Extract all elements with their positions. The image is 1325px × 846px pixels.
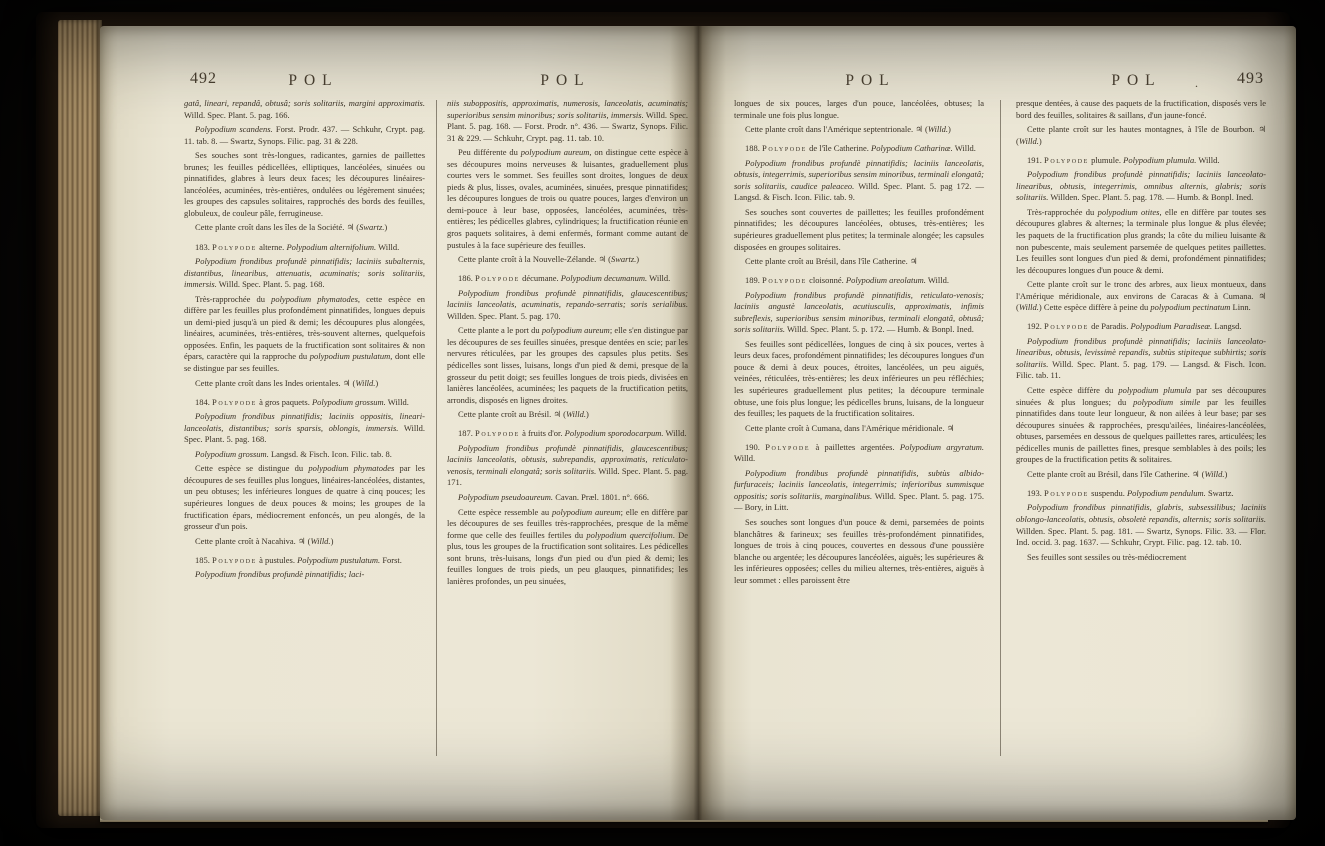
text-run: Ses feuilles sont pédicellées, longues d… bbox=[734, 339, 984, 418]
paragraph: Cette plante croît à Cumana, dans l'Amér… bbox=[734, 423, 984, 435]
text-run: Cette plante croît à Nacahiva. ♃ ( bbox=[195, 536, 310, 546]
text-run: Polypode bbox=[212, 397, 257, 407]
text-column: niis suboppositis, approximatis, numeros… bbox=[435, 98, 688, 756]
text-run: ) bbox=[1225, 469, 1228, 479]
text-run: Willd. bbox=[734, 453, 755, 463]
text-column: longues de six pouces, larges d'un pouce… bbox=[734, 98, 999, 756]
paragraph: Polypodium frondibus profundè pinnatifid… bbox=[734, 290, 984, 336]
text-run: Willd. bbox=[566, 409, 586, 419]
text-run: cloisonné. bbox=[807, 275, 846, 285]
paragraph: Cette plante croît à Nacahiva. ♃ (Willd.… bbox=[184, 536, 425, 548]
text-run: Très-rapprochée du bbox=[195, 294, 271, 304]
text-run: Polypodium grossum. bbox=[312, 397, 386, 407]
text-run: Langsd. & Fisch. Icon. Filic. tab. 8. bbox=[269, 449, 392, 459]
paragraph: Très-rapprochée du polypodium phymatodes… bbox=[184, 294, 425, 375]
text-columns: longues de six pouces, larges d'un pouce… bbox=[734, 98, 1266, 756]
paragraph: Cette plante croît au Brésil, dans l'île… bbox=[734, 256, 984, 268]
text-run: longues de six pouces, larges d'un pouce… bbox=[734, 98, 984, 120]
paragraph: Polypodium frondibus profundè pinnatifid… bbox=[1016, 336, 1266, 382]
text-run: polypodium aureum bbox=[521, 147, 590, 157]
paragraph: longues de six pouces, larges d'un pouce… bbox=[734, 98, 984, 121]
text-run: Willd. Spec. Plant. 5. p. 172. — Humb. &… bbox=[785, 324, 974, 334]
paragraph: 190. Polypode à paillettes argentées. Po… bbox=[734, 442, 984, 465]
text-run: Langsd. bbox=[1212, 321, 1241, 331]
page-number: 492 bbox=[190, 70, 217, 88]
text-run: 183. bbox=[195, 242, 212, 252]
text-run: Willd. bbox=[355, 378, 375, 388]
paragraph: 187. Polypode à fruits d'or. Polypodium … bbox=[447, 428, 688, 440]
text-run: Polypodium grossum. bbox=[195, 449, 269, 459]
text-run: polypodium phymatodes bbox=[308, 463, 394, 473]
text-run: , on distingue cette espèce à ses découp… bbox=[447, 147, 688, 249]
paragraph: Ses souches sont très-longues, radicante… bbox=[184, 150, 425, 219]
text-run: Polypode bbox=[1044, 155, 1089, 165]
paragraph: Cette plante croît sur les hautes montag… bbox=[1016, 124, 1266, 147]
text-run: Willd. Spec. Plant. 5. pag. 168. bbox=[217, 279, 325, 289]
text-run: Willd. bbox=[926, 275, 949, 285]
text-run: Willd. Spec. Plant. 5. pag. 166. bbox=[184, 110, 290, 120]
text-run: Cette plante a le port du bbox=[458, 325, 542, 335]
text-run: polypodium quercifolium bbox=[586, 530, 672, 540]
paragraph: Cette espèce se distingue du polypodium … bbox=[184, 463, 425, 532]
text-run: ; elle s'en distingue par les découpures… bbox=[447, 325, 688, 404]
text-run: Polypode bbox=[475, 428, 520, 438]
text-run: Willd. bbox=[664, 428, 687, 438]
paragraph: Ses feuilles sont pédicellées, longues d… bbox=[734, 339, 984, 420]
text-run: Polypodium scandens. bbox=[195, 124, 273, 134]
text-run: décumane. bbox=[520, 273, 561, 283]
page-left: 492 POL POL gatâ, lineari, repandâ, obtu… bbox=[100, 26, 698, 820]
text-run: Willd. bbox=[376, 242, 399, 252]
paragraph: Polypodium frondibus pinnatifidis; lacin… bbox=[184, 411, 425, 446]
text-run: 192. bbox=[1027, 321, 1044, 331]
text-run: polypodium aureum bbox=[542, 325, 610, 335]
running-header: POL bbox=[436, 72, 688, 98]
text-run: ) bbox=[948, 124, 951, 134]
text-run: 189. bbox=[745, 275, 762, 285]
text-run: Polypode bbox=[765, 442, 810, 452]
text-column: presque dentées, à cause des paquets de … bbox=[999, 98, 1266, 756]
text-run: Ses souches sont couvertes de paillettes… bbox=[734, 207, 984, 252]
text-run: Polypodium Catharinæ. bbox=[871, 143, 953, 153]
text-run: polypodium phymatodes bbox=[271, 294, 358, 304]
text-run: Polypodium frondibus profundè pinnatifid… bbox=[195, 569, 364, 579]
text-run: alterne. bbox=[257, 242, 287, 252]
text-run: à fruits d'or. bbox=[520, 428, 565, 438]
text-run: par les découpures de ses feuilles plus … bbox=[184, 463, 425, 531]
text-run: Cette plante croît au Brésil, dans l'île… bbox=[745, 256, 918, 266]
text-column: gatâ, lineari, repandâ, obtusâ; soris so… bbox=[184, 98, 435, 756]
text-run: Polypodium alternifolium. bbox=[286, 242, 376, 252]
text-run: Polypode bbox=[475, 273, 520, 283]
paragraph: 186. Polypode décumane. Polypodium decum… bbox=[447, 273, 688, 285]
paragraph: Cette plante croît dans les Indes orient… bbox=[184, 378, 425, 390]
text-run: Swartz. bbox=[611, 254, 636, 264]
text-run: Willd. bbox=[647, 273, 670, 283]
paragraph: Ses souches sont longues d'un pouce & de… bbox=[734, 517, 984, 586]
text-run: Cette plante croît au Brésil. ♃ ( bbox=[458, 409, 566, 419]
paragraph: Très-rapprochée du polypodium otites, el… bbox=[1016, 207, 1266, 276]
paragraph: Cette plante croît au Brésil, dans l'île… bbox=[1016, 469, 1266, 481]
text-run: Polypodium argyratum. bbox=[900, 442, 984, 452]
text-run: Cette plante croît au Brésil, dans l'île… bbox=[1027, 469, 1204, 479]
paragraph: gatâ, lineari, repandâ, obtusâ; soris so… bbox=[184, 98, 425, 121]
text-run: Willd. bbox=[1196, 155, 1219, 165]
text-run: Polypodium sporodocarpum. bbox=[565, 428, 664, 438]
paragraph: presque dentées, à cause des paquets de … bbox=[1016, 98, 1266, 121]
open-book: 492 POL POL gatâ, lineari, repandâ, obtu… bbox=[36, 12, 1290, 828]
text-run: Willd. bbox=[1019, 136, 1039, 146]
photo-background: 492 POL POL gatâ, lineari, repandâ, obtu… bbox=[0, 0, 1325, 846]
text-run: 193. bbox=[1027, 488, 1044, 498]
text-run: à pustules. bbox=[257, 555, 297, 565]
paragraph: Polypodium scandens. Forst. Prodr. 437. … bbox=[184, 124, 425, 147]
paragraph: Peu différente du polypodium aureum, on … bbox=[447, 147, 688, 251]
text-run: Cette plante croît dans les îles de la S… bbox=[195, 222, 359, 232]
text-run: Ses souches sont longues d'un pouce & de… bbox=[734, 517, 984, 585]
text-run: polypodium pustulatum bbox=[310, 351, 391, 361]
paragraph: 184. Polypode à gros paquets. Polypodium… bbox=[184, 397, 425, 409]
text-run: Willd. bbox=[953, 143, 976, 153]
paragraph: Polypodium frondibus profundè pinnatifid… bbox=[447, 443, 688, 489]
text-run: Polypodium plumula. bbox=[1123, 155, 1196, 165]
text-run: ) bbox=[586, 409, 589, 419]
text-run: à gros paquets. bbox=[257, 397, 312, 407]
text-run: Cavan. Præl. 1801. n°. 666. bbox=[553, 492, 649, 502]
header-separator-dot: . bbox=[1195, 76, 1198, 91]
text-run: polypodium pectinatum bbox=[1150, 302, 1230, 312]
page-stack-edge-left bbox=[58, 20, 102, 816]
text-run: ) bbox=[1039, 136, 1042, 146]
paragraph: Cette plante croît à la Nouvelle-Zélande… bbox=[447, 254, 688, 266]
text-run: Polypode bbox=[1044, 321, 1089, 331]
text-run: Willd. bbox=[1019, 302, 1039, 312]
paragraph: 185. Polypode à pustules. Polypodium pus… bbox=[184, 555, 425, 567]
text-run: Polypodium frondibus pinnatifidis; lacin… bbox=[184, 411, 425, 433]
text-run: Forst. bbox=[380, 555, 402, 565]
text-run: suspendu. bbox=[1089, 488, 1127, 498]
paragraph: 191. Polypode plumule. Polypodium plumul… bbox=[1016, 155, 1266, 167]
running-header: POL bbox=[734, 72, 1000, 98]
text-run: de l'île Catherine. bbox=[807, 143, 871, 153]
text-run: Polypodium frondibus pinnatifidis, glabr… bbox=[1016, 502, 1266, 524]
text-columns: gatâ, lineari, repandâ, obtusâ; soris so… bbox=[184, 98, 688, 756]
text-run: de Paradis. bbox=[1089, 321, 1131, 331]
text-run: Polypodium pustulatum. bbox=[297, 555, 380, 565]
page-right: POL POL . 493 longues de six pouces, lar… bbox=[698, 26, 1296, 820]
text-run: 188. bbox=[745, 143, 762, 153]
paragraph: Polypodium pseudoaureum. Cavan. Præl. 18… bbox=[447, 492, 688, 504]
text-run: ) bbox=[331, 536, 334, 546]
paragraph: Polypodium frondibus profundè pinnatifid… bbox=[184, 256, 425, 291]
paragraph: Cette plante a le port du polypodium aur… bbox=[447, 325, 688, 406]
text-run: Polypodium decumanum. bbox=[561, 273, 647, 283]
paragraph: Polypodium frondibus profundè pinnatifid… bbox=[447, 288, 688, 323]
text-run: gatâ, lineari, repandâ, obtusâ; soris so… bbox=[184, 98, 425, 108]
text-run: polypodium simile bbox=[1133, 397, 1200, 407]
text-run: Willd. Spec. Plant. 5. pag. 179. — Langs… bbox=[1016, 359, 1266, 381]
text-run: Polypodium Paradiseæ. bbox=[1130, 321, 1212, 331]
text-run: Willd. bbox=[928, 124, 948, 134]
text-run: 187. bbox=[458, 428, 475, 438]
text-run: Ses souches sont très-longues, radicante… bbox=[184, 150, 425, 218]
paragraph: Ses souches sont couvertes de paillettes… bbox=[734, 207, 984, 253]
paragraph: Polypodium frondibus profundè pinnatifid… bbox=[734, 158, 984, 204]
text-run: Cette plante croît à la Nouvelle-Zélande… bbox=[458, 254, 611, 264]
text-run: Swartz. bbox=[359, 222, 384, 232]
column-rule bbox=[436, 100, 437, 756]
paragraph: 188. Polypode de l'île Catherine. Polypo… bbox=[734, 143, 984, 155]
text-run: Peu différente du bbox=[458, 147, 521, 157]
text-run: 184. bbox=[195, 397, 212, 407]
text-run: Polypode bbox=[212, 555, 257, 565]
paragraph: 193. Polypode suspendu. Polypodium pendu… bbox=[1016, 488, 1266, 500]
paragraph: 183. Polypode alterne. Polypodium altern… bbox=[184, 242, 425, 254]
page-spread: 492 POL POL gatâ, lineari, repandâ, obtu… bbox=[100, 26, 1296, 820]
paragraph: Polypodium frondibus pinnatifidis, glabr… bbox=[1016, 502, 1266, 548]
text-run: Swartz. bbox=[1206, 488, 1234, 498]
text-run: Willden. Spec. Plant. 5. pag. 170. bbox=[447, 311, 561, 321]
paragraph: Polypodium frondibus profundè pinnatifid… bbox=[734, 468, 984, 514]
paragraph: Ses feuilles sont sessiles ou très-médio… bbox=[1016, 552, 1266, 564]
text-run: 185. bbox=[195, 555, 212, 565]
paragraph: Polypodium frondibus profundè pinnatifid… bbox=[184, 569, 425, 581]
text-run: Polypodium pseudoaureum. bbox=[458, 492, 553, 502]
text-run: polypodium plumula bbox=[1118, 385, 1191, 395]
text-run: Willd. bbox=[1204, 469, 1224, 479]
text-run: polypodium aureum bbox=[552, 507, 621, 517]
text-run: à paillettes argentées. bbox=[810, 442, 900, 452]
text-run: Polypodium areolatum. bbox=[846, 275, 926, 285]
text-run: plumule. bbox=[1089, 155, 1123, 165]
paragraph: Cette espèce diffère du polypodium plumu… bbox=[1016, 385, 1266, 466]
text-run: Willd. bbox=[386, 397, 409, 407]
paragraph: Cette plante croît au Brésil. ♃ (Willd.) bbox=[447, 409, 688, 421]
text-run: Ses feuilles sont sessiles ou très-médio… bbox=[1027, 552, 1186, 562]
running-header: POL bbox=[1000, 72, 1266, 98]
text-run: Cette plante croît dans les Indes orient… bbox=[195, 378, 355, 388]
text-run: ) Cette espèce diffère à peine du bbox=[1039, 302, 1150, 312]
text-run: Cette espèce ressemble au bbox=[458, 507, 552, 517]
text-run: Polypodium pendulum. bbox=[1127, 488, 1206, 498]
text-run: Très-rapprochée du bbox=[1027, 207, 1098, 217]
paragraph: Polypodium frondibus profundè pinnatifid… bbox=[1016, 169, 1266, 204]
text-run: ) bbox=[375, 378, 378, 388]
paragraph: niis suboppositis, approximatis, numeros… bbox=[447, 98, 688, 144]
text-run: Cette plante croît sur les hautes montag… bbox=[1016, 124, 1266, 146]
text-run: 186. bbox=[458, 273, 475, 283]
text-run: Polypode bbox=[762, 143, 807, 153]
text-run: Cette espèce se distingue du bbox=[195, 463, 308, 473]
text-run: 190. bbox=[745, 442, 765, 452]
text-run: 191. bbox=[1027, 155, 1044, 165]
text-run: polypodium otites bbox=[1098, 207, 1160, 217]
text-run: Cette plante croît à Cumana, dans l'Amér… bbox=[745, 423, 954, 433]
text-run: Willd. bbox=[310, 536, 330, 546]
page-number: 493 bbox=[1237, 70, 1264, 88]
text-run: ) bbox=[636, 254, 639, 264]
page-header: POL POL . 493 bbox=[734, 72, 1266, 98]
text-run: Polypode bbox=[1044, 488, 1089, 498]
text-run: presque dentées, à cause des paquets de … bbox=[1016, 98, 1266, 120]
text-run: , elle en diffère par toutes ses découpu… bbox=[1016, 207, 1266, 275]
paragraph: 189. Polypode cloisonné. Polypodium areo… bbox=[734, 275, 984, 287]
paragraph: Cette plante croît sur le tronc des arbr… bbox=[1016, 279, 1266, 314]
text-run: Cette plante croît dans l'Amérique septe… bbox=[745, 124, 928, 134]
text-run: Polypode bbox=[762, 275, 807, 285]
text-run: Polypode bbox=[212, 242, 257, 252]
paragraph: Cette plante croît dans l'Amérique septe… bbox=[734, 124, 984, 136]
paragraph: Polypodium grossum. Langsd. & Fisch. Ico… bbox=[184, 449, 425, 461]
page-header: 492 POL POL bbox=[184, 72, 688, 98]
running-header: POL bbox=[184, 72, 436, 98]
text-run: Linn. bbox=[1230, 302, 1250, 312]
text-run: Polypodium frondibus profundè pinnatifid… bbox=[447, 288, 688, 310]
text-run: Willden. Spec. Plant. 5. pag. 181. — Swa… bbox=[1016, 526, 1266, 548]
paragraph: 192. Polypode de Paradis. Polypodium Par… bbox=[1016, 321, 1266, 333]
text-run: Cette espèce diffère du bbox=[1027, 385, 1118, 395]
column-rule bbox=[1000, 100, 1001, 756]
paragraph: Cette espèce ressemble au polypodium aur… bbox=[447, 507, 688, 588]
paragraph: Cette plante croît dans les îles de la S… bbox=[184, 222, 425, 234]
text-run: ) bbox=[384, 222, 387, 232]
text-run: Willden. Spec. Plant. 5. pag. 178. — Hum… bbox=[1048, 192, 1253, 202]
